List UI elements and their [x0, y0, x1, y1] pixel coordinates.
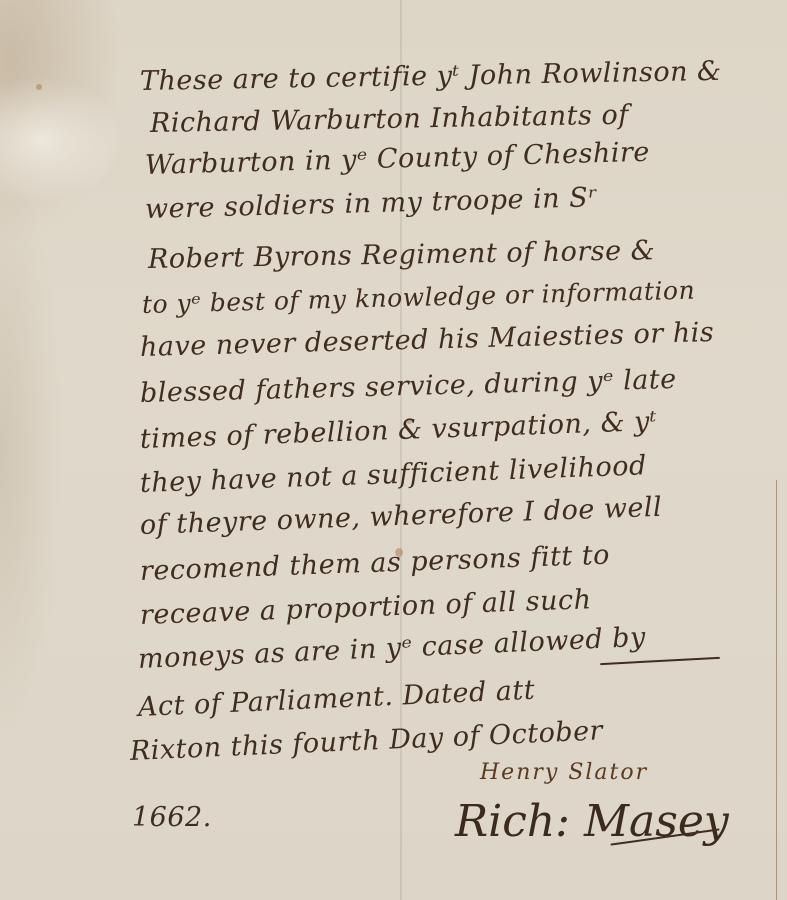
margin-rule: [776, 480, 777, 900]
text-line: times of rebellion & vsurpation, & yᵗ: [139, 406, 657, 455]
witness-signature: Henry Slator: [480, 760, 648, 785]
ink-stain: [36, 84, 42, 90]
text-line: Robert Byrons Regiment of horse &: [148, 235, 656, 275]
manuscript-page: These are to certifie yᵗ John Rowlinson …: [0, 0, 787, 900]
text-line: Warburton in yᵉ County of Cheshire: [145, 137, 651, 181]
text-line: Act of Parliament. Dated att: [137, 675, 535, 723]
text-line: These are to certifie yᵗ John Rowlinson …: [140, 56, 722, 97]
paper-fold-crease: [400, 0, 402, 900]
text-line: receave a proportion of all such: [139, 584, 592, 631]
text-line: recomend them as persons fitt to: [139, 540, 610, 587]
text-line: have never deserted his Maiesties or his: [140, 317, 715, 363]
text-line: they have not a sufficient livelihood: [139, 450, 647, 499]
text-line: blessed fathers service, during yᵉ late: [140, 364, 677, 409]
line-filler-stroke: [600, 657, 720, 665]
date-year: 1662.: [132, 802, 212, 833]
text-line: to yᵉ best of my knowledge or informatio…: [142, 276, 696, 319]
signer-signature: Rich: Masey: [455, 796, 729, 847]
text-line: were soldiers in my troope in Sʳ: [145, 182, 599, 225]
text-line: Richard Warburton Inhabitants of: [150, 100, 629, 139]
text-line: moneys as are in yᵉ case allowed by: [137, 622, 646, 675]
